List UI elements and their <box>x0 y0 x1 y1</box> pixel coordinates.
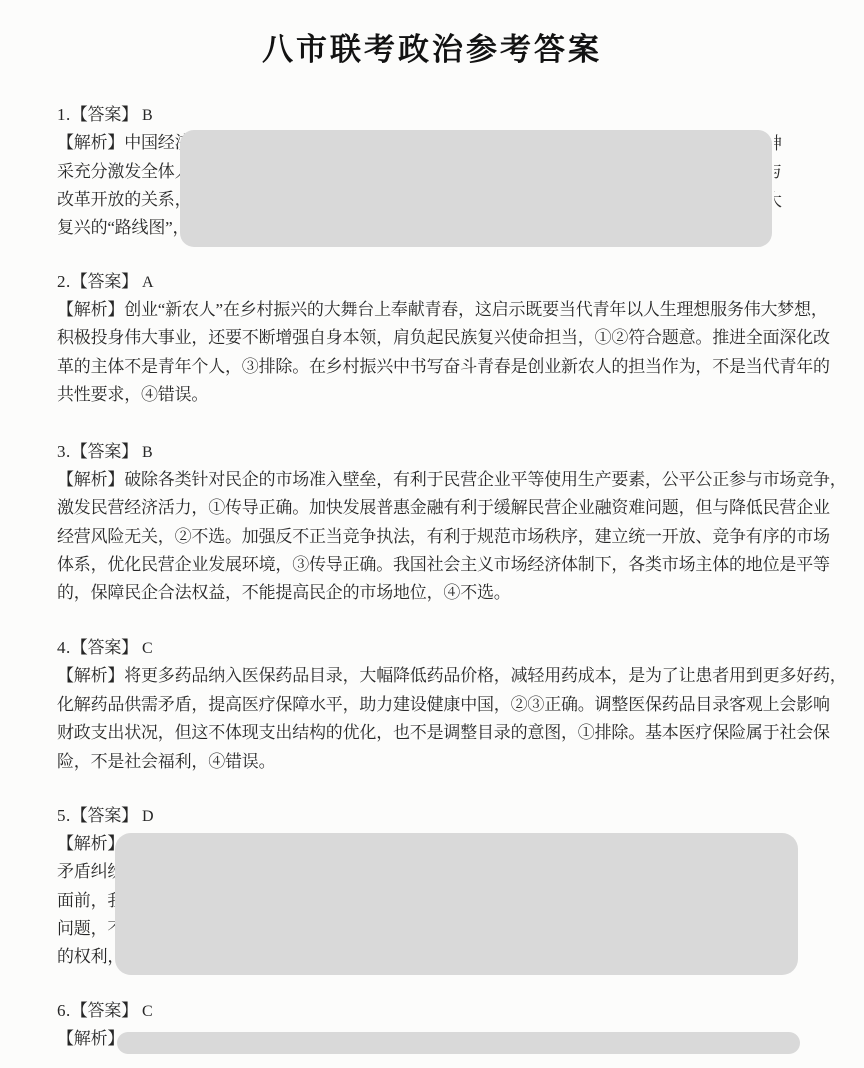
analysis-line: 采充分激发全体人 <box>57 158 191 186</box>
redaction-box <box>180 130 772 247</box>
answer-line: 4.【答案】C <box>57 634 847 662</box>
answer-value: C <box>142 640 152 657</box>
answer-label: 【答案】 <box>71 1001 138 1020</box>
clipped-char-fragment: 神 <box>774 133 789 154</box>
question-number: 3. <box>57 442 71 461</box>
answer-line: 3.【答案】B <box>57 438 847 466</box>
answer-label: 【答案】 <box>71 105 138 124</box>
answer-value: D <box>142 808 153 825</box>
answer-value: C <box>142 1003 152 1020</box>
answer-value: B <box>142 444 152 461</box>
analysis-line: 的，保障民企合法权益，不能提高民企的市场地位，④不选。 <box>57 579 847 607</box>
analysis-line: 【解析】创业“新农人”在乡村振兴的大舞台上奉献青春，这启示既要当代青年以人生理想… <box>57 296 830 324</box>
analysis-line: 复兴的“路线图”， <box>57 214 191 242</box>
question-block-1: 1.【答案】B 【解析】中国经济 采充分激发全体人 改革开放的关系， 复兴的“路… <box>57 101 191 243</box>
question-block-3: 3.【答案】B 【解析】破除各类针对民企的市场准入壁垒，有利于民营企业平等使用生… <box>57 438 847 608</box>
answer-label: 【答案】 <box>71 442 138 461</box>
analysis-line: 激发民营经济活力，①传导正确。加快发展普惠金融有利于缓解民营企业融资难问题，但与… <box>57 494 847 522</box>
page-title: 八市联考政治参考答案 <box>0 24 864 69</box>
answer-value: B <box>142 107 152 124</box>
answer-label: 【答案】 <box>71 272 138 291</box>
answer-value: A <box>142 274 153 291</box>
question-number: 1. <box>57 105 71 124</box>
question-number: 5. <box>57 806 71 825</box>
analysis-line: 体系，优化民营企业发展环境，③传导正确。我国社会主义市场经济体制下，各类市场主体… <box>57 551 847 579</box>
question-number: 6. <box>57 1001 71 1020</box>
document-page: 八市联考政治参考答案 1.【答案】B 【解析】中国经济 采充分激发全体人 改革开… <box>0 0 864 1068</box>
redaction-box <box>115 833 798 975</box>
question-number: 4. <box>57 638 71 657</box>
analysis-line: 改革开放的关系， <box>57 186 191 214</box>
answer-label: 【答案】 <box>71 806 138 825</box>
analysis-line: 革的主体不是青年个人，③排除。在乡村振兴中书写奋斗青春是创业新农人的担当作为，不… <box>57 353 830 381</box>
analysis-line: 【解析】将更多药品纳入医保药品目录，大幅降低药品价格，减轻用药成本，是为了让患者… <box>57 662 847 690</box>
analysis-line: 积极投身伟大事业，还要不断增强自身本领，肩负起民族复兴使命担当，①②符合题意。推… <box>57 324 830 352</box>
clipped-char-fragment: 大 <box>774 190 789 211</box>
answer-line: 2.【答案】A <box>57 268 830 296</box>
answer-label: 【答案】 <box>71 638 138 657</box>
analysis-line: 经营风险无关，②不选。加强反不正当竞争执法，有利于规范市场秩序，建立统一开放、竞… <box>57 523 847 551</box>
redaction-box <box>117 1032 800 1054</box>
analysis-line: 共性要求，④错误。 <box>57 381 830 409</box>
question-number: 2. <box>57 272 71 291</box>
question-block-2: 2.【答案】A 【解析】创业“新农人”在乡村振兴的大舞台上奉献青春，这启示既要当… <box>57 268 830 410</box>
answer-line: 5.【答案】D <box>57 802 153 830</box>
clipped-char-fragment: 与 <box>774 161 789 182</box>
answer-line: 6.【答案】C <box>57 997 152 1025</box>
answer-line: 1.【答案】B <box>57 101 191 129</box>
analysis-line: 【解析】中国经济 <box>57 129 191 157</box>
analysis-line: 险，不是社会福利，④错误。 <box>57 748 847 776</box>
analysis-line: 化解药品供需矛盾，提高医疗保障水平，助力建设健康中国，②③正确。调整医保药品目录… <box>57 691 847 719</box>
analysis-line: 财政支出状况，但这不体现支出结构的优化，也不是调整目录的意图，①排除。基本医疗保… <box>57 719 847 747</box>
question-block-4: 4.【答案】C 【解析】将更多药品纳入医保药品目录，大幅降低药品价格，减轻用药成… <box>57 634 847 776</box>
analysis-line: 【解析】破除各类针对民企的市场准入壁垒，有利于民营企业平等使用生产要素，公平公正… <box>57 466 847 494</box>
